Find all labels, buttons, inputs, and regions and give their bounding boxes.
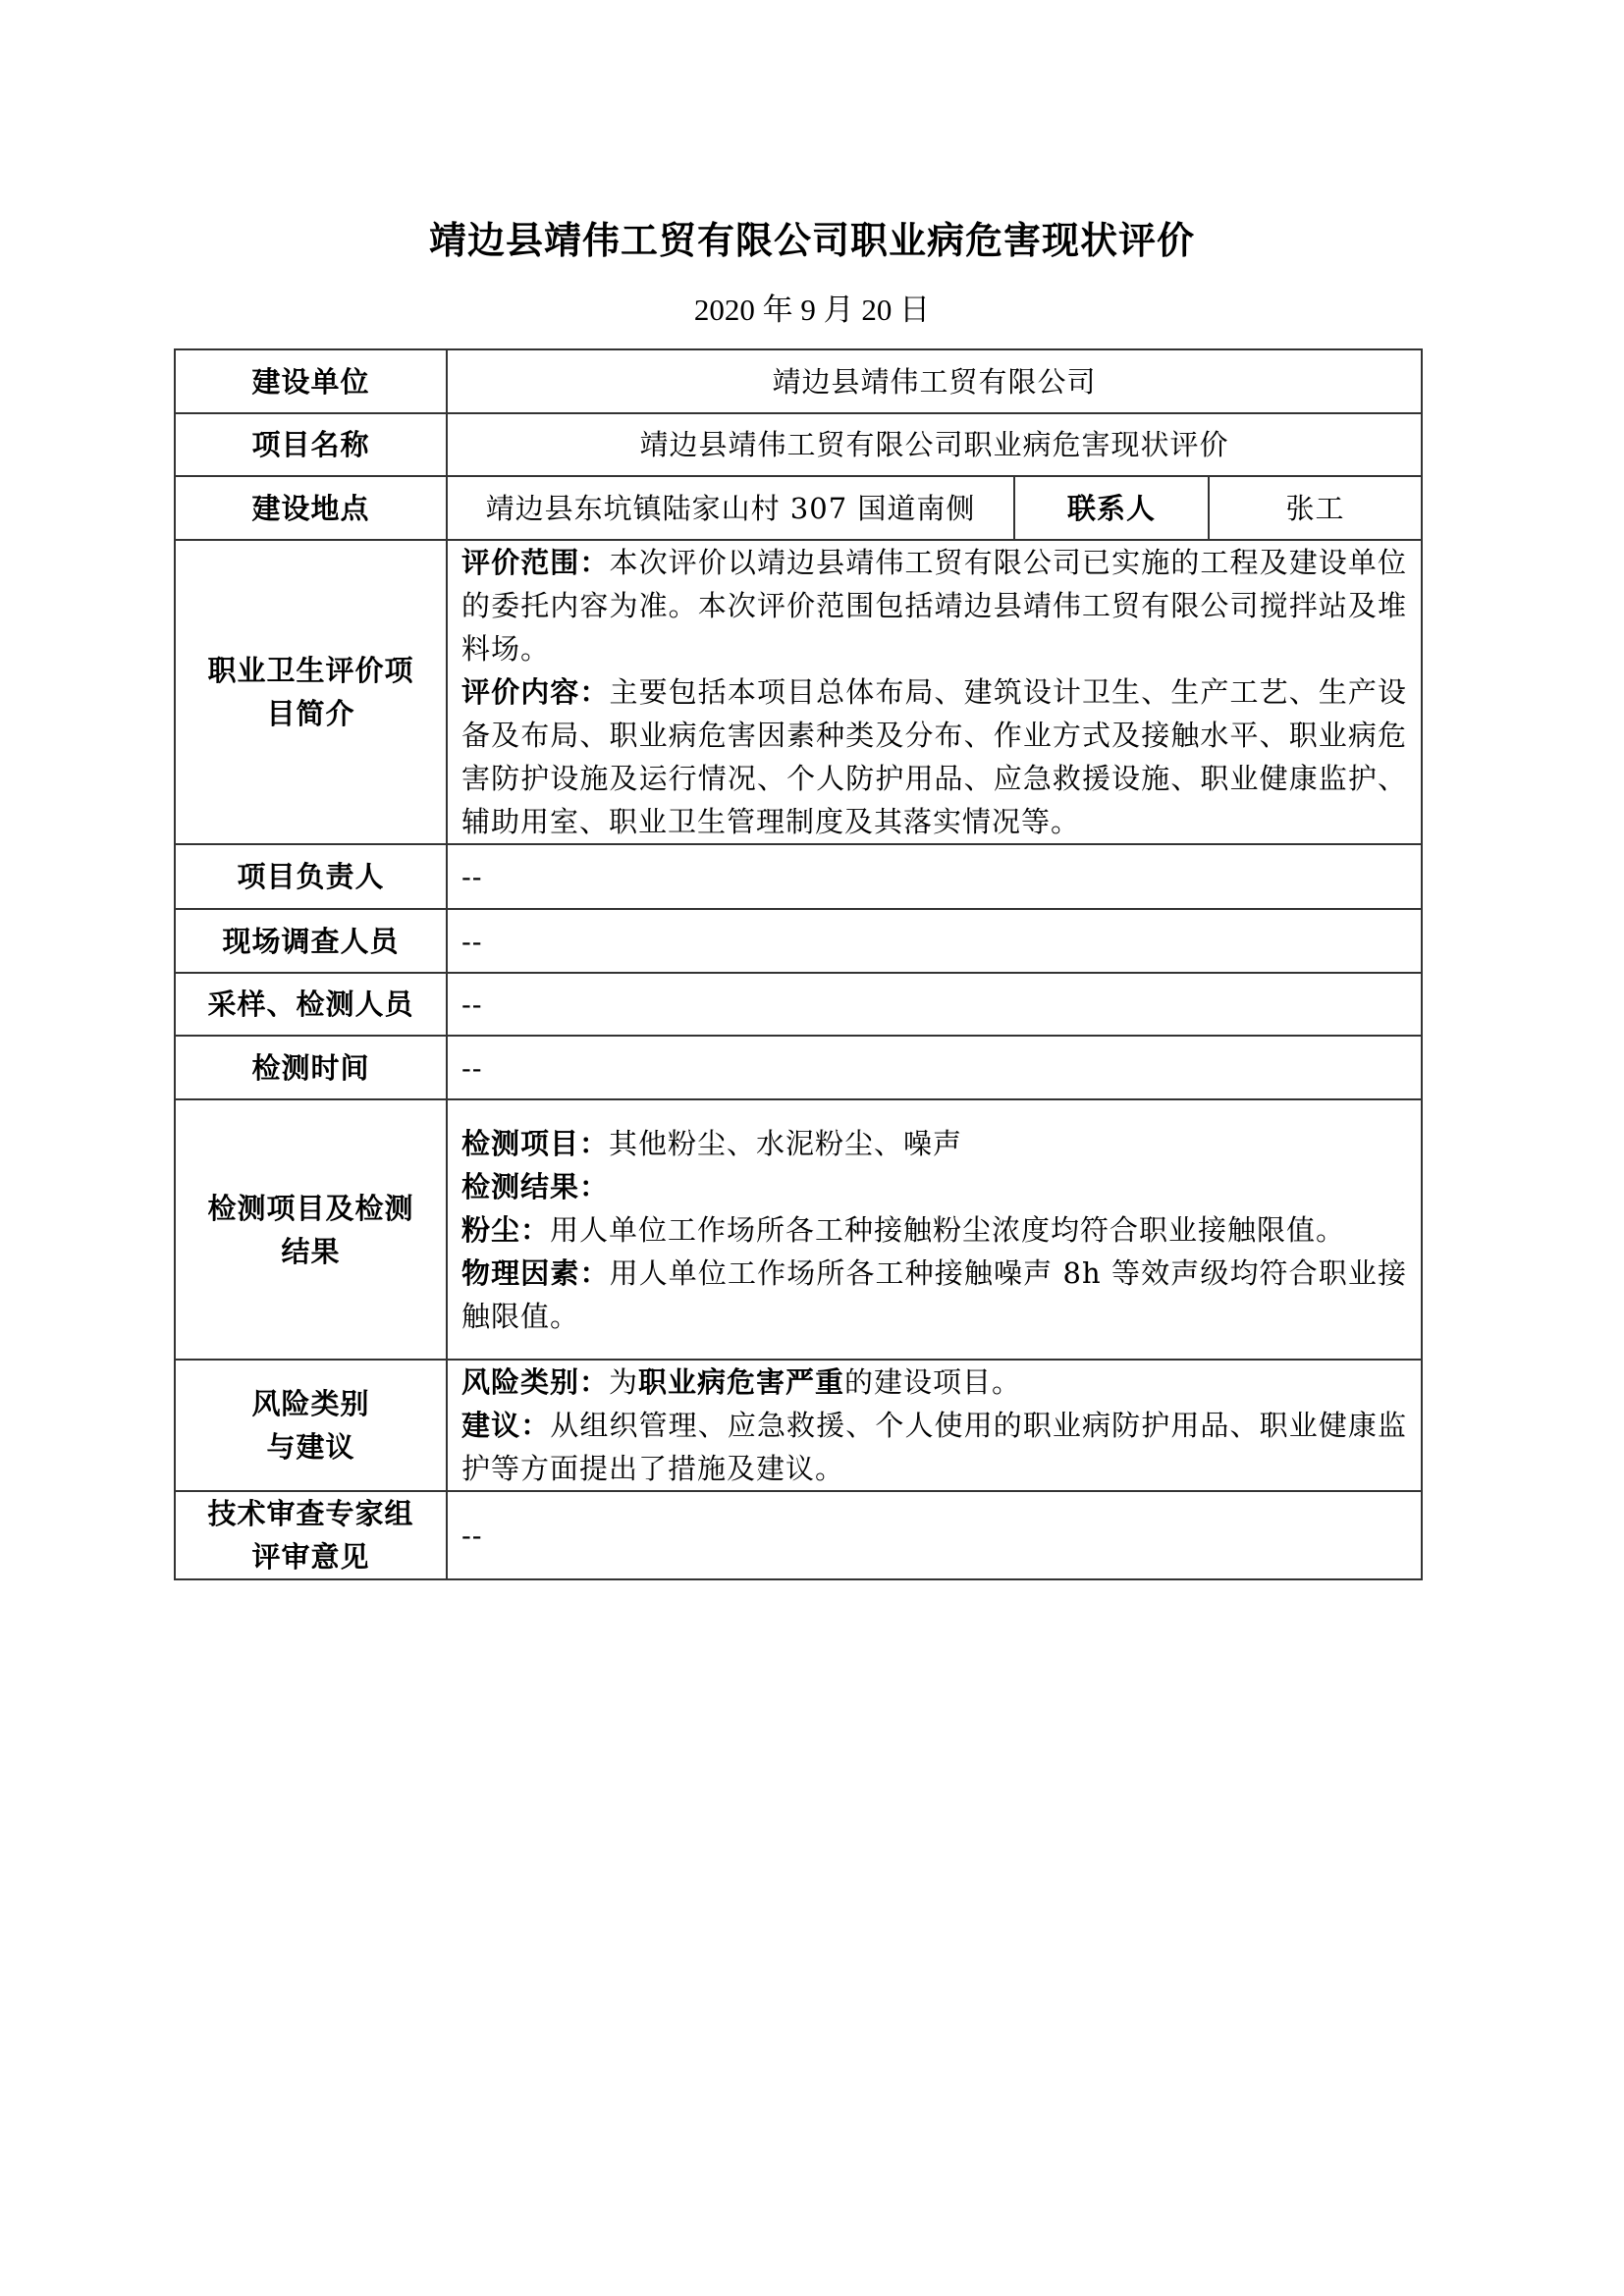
label-summary-line2: 目简介 <box>189 692 432 735</box>
label-summary: 职业卫生评价项 目简介 <box>175 540 447 844</box>
physical-label: 物理因素： <box>461 1256 610 1290</box>
risk-category-suffix: 的建设项目。 <box>844 1365 1021 1399</box>
row-summary: 职业卫生评价项 目简介 评价范围：本次评价以靖边县靖伟工贸有限公司已实施的工程及… <box>175 540 1422 844</box>
row-project-name: 项目名称 靖边县靖伟工贸有限公司职业病危害现状评价 <box>175 413 1422 476</box>
advice-label: 建议： <box>461 1409 550 1442</box>
scope-label: 评价范围： <box>461 546 609 579</box>
test-items-label: 检测项目： <box>461 1127 609 1160</box>
label-risk-line1: 风险类别 <box>189 1382 432 1425</box>
label-expert-line1: 技术审查专家组 <box>189 1492 432 1535</box>
advice-text: 从组织管理、应急救援、个人使用的职业病防护用品、职业健康监护等方面提出了措施及建… <box>461 1409 1407 1485</box>
label-risk-line2: 与建议 <box>189 1425 432 1468</box>
test-results-label: 检测结果： <box>461 1170 609 1203</box>
dust-label: 粉尘： <box>461 1213 550 1247</box>
row-location: 建设地点 靖边县东坑镇陆家山村 307 国道南侧 联系人 张工 <box>175 476 1422 540</box>
label-risk: 风险类别 与建议 <box>175 1360 447 1491</box>
risk-category-prefix: 为 <box>609 1365 638 1399</box>
value-risk: 风险类别：为职业病危害严重的建设项目。 建议：从组织管理、应急救援、个人使用的职… <box>447 1360 1422 1491</box>
row-risk: 风险类别 与建议 风险类别：为职业病危害严重的建设项目。 建议：从组织管理、应急… <box>175 1360 1422 1491</box>
label-expert-line2: 评审意见 <box>189 1535 432 1578</box>
value-sampling: -- <box>447 973 1422 1036</box>
test-items-text: 其他粉尘、水泥粉尘、噪声 <box>609 1127 962 1160</box>
value-testing: 检测项目：其他粉尘、水泥粉尘、噪声 检测结果： 粉尘：用人单位工作场所各工种接触… <box>447 1099 1422 1360</box>
row-sampling: 采样、检测人员 -- <box>175 973 1422 1036</box>
value-project-name: 靖边县靖伟工贸有限公司职业病危害现状评价 <box>447 413 1422 476</box>
document-date: 2020 年 9 月 20 日 <box>0 285 1624 329</box>
row-construction-unit: 建设单位 靖边县靖伟工贸有限公司 <box>175 349 1422 413</box>
row-testing: 检测项目及检测 结果 检测项目：其他粉尘、水泥粉尘、噪声 检测结果： 粉尘：用人… <box>175 1099 1422 1360</box>
label-expert-review: 技术审查专家组 评审意见 <box>175 1491 447 1579</box>
value-contact: 张工 <box>1209 476 1422 540</box>
value-project-lead: -- <box>447 844 1422 909</box>
document-title: 靖边县靖伟工贸有限公司职业病危害现状评价 <box>0 210 1624 264</box>
label-testing: 检测项目及检测 结果 <box>175 1099 447 1360</box>
content-label: 评价内容： <box>461 675 609 709</box>
value-expert-review: -- <box>447 1491 1422 1579</box>
label-site-survey: 现场调查人员 <box>175 909 447 973</box>
row-test-time: 检测时间 -- <box>175 1036 1422 1099</box>
dust-text: 用人单位工作场所各工种接触粉尘浓度均符合职业接触限值。 <box>550 1213 1345 1247</box>
label-project-lead: 项目负责人 <box>175 844 447 909</box>
value-site-survey: -- <box>447 909 1422 973</box>
row-site-survey: 现场调查人员 -- <box>175 909 1422 973</box>
risk-category-level: 职业病危害严重 <box>638 1365 844 1399</box>
label-sampling: 采样、检测人员 <box>175 973 447 1036</box>
label-summary-line1: 职业卫生评价项 <box>189 649 432 692</box>
row-project-lead: 项目负责人 -- <box>175 844 1422 909</box>
value-construction-unit: 靖边县靖伟工贸有限公司 <box>447 349 1422 413</box>
label-testing-line2: 结果 <box>189 1230 432 1273</box>
label-location: 建设地点 <box>175 476 447 540</box>
risk-category-label: 风险类别： <box>461 1365 609 1399</box>
value-test-time: -- <box>447 1036 1422 1099</box>
label-contact: 联系人 <box>1014 476 1209 540</box>
value-summary: 评价范围：本次评价以靖边县靖伟工贸有限公司已实施的工程及建设单位的委托内容为准。… <box>447 540 1422 844</box>
label-project-name: 项目名称 <box>175 413 447 476</box>
label-construction-unit: 建设单位 <box>175 349 447 413</box>
label-testing-line1: 检测项目及检测 <box>189 1187 432 1230</box>
label-test-time: 检测时间 <box>175 1036 447 1099</box>
evaluation-table: 建设单位 靖边县靖伟工贸有限公司 项目名称 靖边县靖伟工贸有限公司职业病危害现状… <box>174 348 1423 1580</box>
row-expert-review: 技术审查专家组 评审意见 -- <box>175 1491 1422 1579</box>
value-location: 靖边县东坑镇陆家山村 307 国道南侧 <box>447 476 1014 540</box>
